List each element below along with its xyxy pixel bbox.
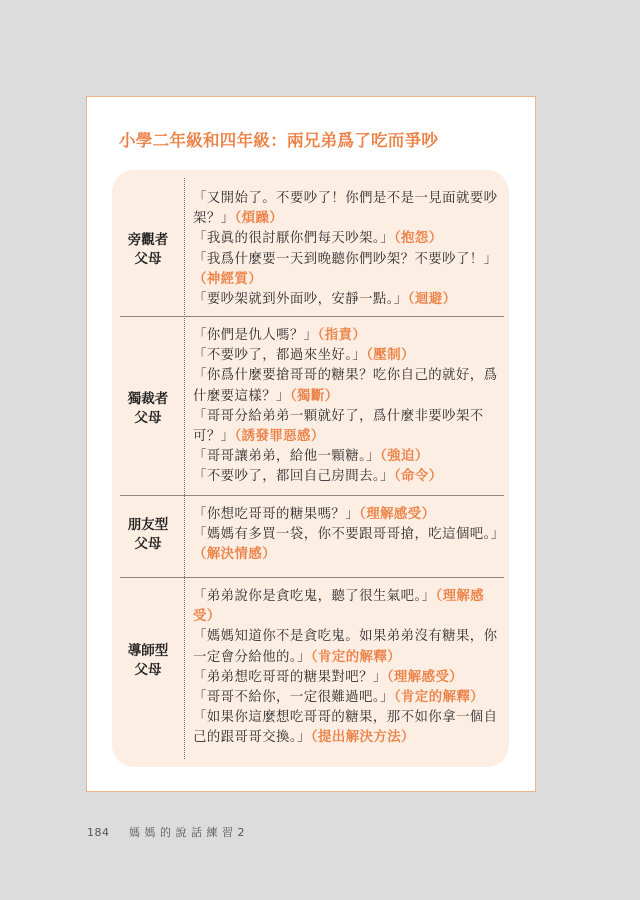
- page-number: 184: [87, 826, 110, 839]
- label-line: 父母: [112, 409, 184, 428]
- emotion-tag: （神經質）: [193, 272, 262, 287]
- quote-text: 「哥哥讓弟弟，給他一顆糖。」: [193, 449, 380, 464]
- row-label: 朋友型 父母: [112, 516, 184, 554]
- book-title: 媽媽的說話練習2: [129, 826, 249, 839]
- row-friend-parent: 朋友型 父母 「你想吃哥哥的糖果嗎？」（理解感受） 「媽媽有多買一袋，你不要跟哥…: [112, 495, 509, 577]
- emotion-tag: （提出解決方法）: [311, 730, 415, 745]
- row-quotes: 「弟弟說你是貪吃鬼，聽了很生氣吧。」（理解感受） 「媽媽知道你不是貪吃鬼。如果弟…: [193, 587, 505, 749]
- quote-text: 「不要吵了，都回自己房間去。」: [193, 469, 394, 484]
- section-title: 小學二年級和四年級：兩兄弟爲了吃而爭吵: [119, 127, 438, 151]
- label-line: 父母: [112, 250, 184, 269]
- emotion-tag: （獨斷）: [290, 389, 339, 404]
- quote-text: 「弟弟說你是貪吃鬼，聽了很生氣吧。」: [193, 589, 435, 604]
- emotion-tag: （煩躁）: [235, 211, 284, 226]
- emotion-tag: （肯定的解釋）: [311, 650, 401, 665]
- label-line: 導師型: [112, 642, 184, 661]
- emotion-tag: （強迫）: [380, 449, 429, 464]
- quote-text: 「我眞的很討厭你們每天吵架。」: [193, 231, 394, 246]
- emotion-tag: （理解感受）: [359, 507, 435, 522]
- row-bystander-parent: 旁觀者 父母 「又開始了。不要吵了！你們是不是一見面就要吵架？」（煩躁） 「我眞…: [112, 170, 509, 316]
- row-quotes: 「又開始了。不要吵了！你們是不是一見面就要吵架？」（煩躁） 「我眞的很討厭你們每…: [193, 189, 505, 310]
- emotion-tag: （誘發罪惡感）: [235, 429, 325, 444]
- emotion-tag: （抱怨）: [394, 231, 443, 246]
- comparison-card: 旁觀者 父母 「又開始了。不要吵了！你們是不是一見面就要吵架？」（煩躁） 「我眞…: [112, 170, 509, 767]
- quote-text: 「哥哥不給你，一定很難過吧。」: [193, 690, 394, 705]
- row-label: 旁觀者 父母: [112, 231, 184, 269]
- emotion-tag: （解決情感）: [193, 547, 276, 562]
- label-line: 旁觀者: [112, 231, 184, 250]
- quote-text: 「要吵架就到外面吵，安靜一點。」: [193, 292, 408, 307]
- quote-text: 「不要吵了，都過來坐好。」: [193, 348, 366, 363]
- row-quotes: 「你們是仇人嗎？」（指責） 「不要吵了，都過來坐好。」（壓制） 「你爲什麼要搶哥…: [193, 326, 505, 488]
- label-line: 朋友型: [112, 516, 184, 535]
- book-page: 小學二年級和四年級：兩兄弟爲了吃而爭吵 旁觀者 父母 「又開始了。不要吵了！你們…: [86, 96, 536, 792]
- quote-text: 「你想吃哥哥的糖果嗎？」: [193, 507, 359, 522]
- emotion-tag: （命令）: [394, 469, 443, 484]
- row-dictator-parent: 獨裁者 父母 「你們是仇人嗎？」（指責） 「不要吵了，都過來坐好。」（壓制） 「…: [112, 316, 509, 495]
- label-line: 父母: [112, 661, 184, 680]
- quote-text: 「媽媽有多買一袋，你不要跟哥哥搶，吃這個吧。」: [193, 527, 505, 542]
- quote-text: 「我爲什麼要一天到晚聽你們吵架？不要吵了！」: [193, 252, 498, 267]
- quote-text: 「你們是仇人嗎？」: [193, 328, 318, 343]
- emotion-tag: （理解感受）: [387, 670, 463, 685]
- emotion-tag: （指責）: [318, 328, 367, 343]
- quote-text: 「你爲什麼要搶哥哥的糖果？吃你自己的就好，爲什麼要這樣？」: [193, 368, 498, 403]
- emotion-tag: （迴避）: [408, 292, 457, 307]
- emotion-tag: （肯定的解釋）: [394, 690, 484, 705]
- emotion-tag: （壓制）: [366, 348, 415, 363]
- row-label: 獨裁者 父母: [112, 390, 184, 428]
- row-mentor-parent: 導師型 父母 「弟弟說你是貪吃鬼，聽了很生氣吧。」（理解感受） 「媽媽知道你不是…: [112, 577, 509, 767]
- label-line: 獨裁者: [112, 390, 184, 409]
- quote-text: 「弟弟想吃哥哥的糖果對吧？」: [193, 670, 387, 685]
- row-label: 導師型 父母: [112, 642, 184, 680]
- row-quotes: 「你想吃哥哥的糖果嗎？」（理解感受） 「媽媽有多買一袋，你不要跟哥哥搶，吃這個吧…: [193, 505, 505, 566]
- page-footer: 184 媽媽的說話練習2: [87, 824, 249, 840]
- label-line: 父母: [112, 535, 184, 554]
